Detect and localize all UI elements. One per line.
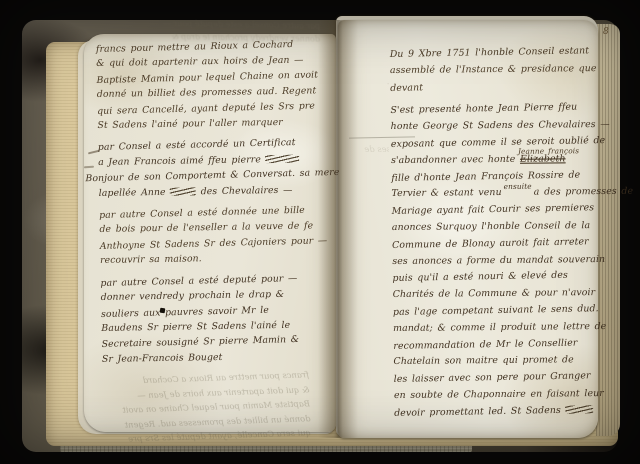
manuscript-text: mandat; & comme il produit une lettre de	[393, 321, 606, 334]
manuscript-text: recouvrir sa maison.	[100, 254, 202, 267]
manuscript-text: fille d'honte Jean François Rossire de	[391, 169, 580, 183]
manuscript-line: lapellée Anne des Chevalaires —	[99, 182, 335, 201]
manuscript-text: pas l'age competant suivant le sens dud.	[393, 303, 599, 318]
manuscript-text: Du 9 Xbre 1751 l'honble Conseil estant	[390, 45, 590, 60]
manuscript-line: devoir promettant led. St Sadens	[394, 402, 606, 423]
manuscript-text: par Consel a esté accordé un Certificat	[98, 137, 296, 153]
manuscript-text: Baudens Sr pierre St Sadens l'ainé le	[101, 320, 290, 334]
manuscript-line: St Sadens l'ainé pour l'aller marquer	[97, 114, 333, 133]
manuscript-text: assemblé de l'Instance & presidance que	[390, 63, 597, 76]
ink-scribble	[170, 187, 196, 195]
manuscript-line: recouvrir sa maison.	[100, 249, 336, 268]
manuscript-text: lapellée Anne	[99, 186, 171, 198]
manuscript-text: S'est presenté honte Jean Pierre ffeu	[390, 102, 577, 116]
manuscript-text: Mariage ayant fait Courir ses premieres	[392, 202, 595, 217]
interline-note: Jeanne françois	[518, 143, 579, 160]
manuscript-text: Commune de Blonay auroit fait arreter	[392, 236, 589, 251]
manuscript-text: ensuite	[504, 182, 532, 191]
page-number: 8	[603, 27, 609, 37]
right-page-text: Du 9 Xbre 1751 l'honble Conseil estantas…	[390, 44, 607, 428]
manuscript-text: donner vendredy prochain le drap &	[101, 289, 284, 303]
manuscript-text: les laisser avec son pere pour Granger	[394, 370, 591, 385]
ink-scribble	[565, 405, 593, 414]
manuscript-text: s'abandonner avec honte	[391, 154, 520, 166]
manuscript-paragraph: par Consel a esté accordé un Certificata…	[98, 135, 335, 201]
manuscript-text: devant	[390, 82, 423, 94]
manuscript-paragraph: S'est presenté honte Jean Pierre ffeuhon…	[390, 100, 606, 422]
manuscript-paragraph: par autre Consel a esté donnée une bille…	[99, 203, 336, 269]
manuscript-paragraph: francs pour mettre au Rioux a Cochard& q…	[96, 37, 334, 134]
manuscript-text: Tervier & estant venu	[391, 187, 501, 199]
manuscript-text: Secretaire sousigné Sr pierre Mamin &	[102, 334, 300, 350]
manuscript-text: St Sadens l'ainé pour l'aller marquer	[97, 117, 283, 131]
manuscript-text: Chatelain son maitre qui promet de	[393, 355, 573, 368]
ink-blot	[160, 308, 166, 314]
manuscript-text: Sr Jean-Francois Bouget	[102, 352, 223, 365]
manuscript-text: anonces Surquoy l'honble Conseil de la	[392, 220, 590, 233]
manuscript-line: Sr Jean-Francois Bouget	[102, 348, 338, 367]
manuscript-paragraph: Du 9 Xbre 1751 l'honble Conseil estantas…	[390, 44, 603, 97]
manuscript-line: devant	[390, 77, 602, 98]
manuscript-photo: par autre Consel a esté deputé pour —don…	[0, 0, 640, 464]
manuscript-text: a des promesses de	[534, 186, 633, 198]
manuscript-text: Charités de la Commune & pour n'avoir	[393, 287, 596, 300]
manuscript-text: donné un billiet des promesses aud. Rege…	[97, 86, 317, 101]
ink-scribble	[265, 154, 299, 163]
manuscript-text: a Jean Francois aimé ffeu pierre	[98, 154, 265, 168]
manuscript-text: en soubte de Chaponnaire en faisant leur	[394, 388, 604, 401]
correction: Jeanne françoisElizabeth	[520, 151, 566, 168]
manuscript-text: de bois pour de l'enseller a la veuve de…	[99, 221, 313, 236]
manuscript-text: recommandation de Mr le Consellier	[393, 337, 577, 351]
manuscript-text: & qui doit apartenir aux hoirs de Jean —	[96, 55, 303, 69]
manuscript-text: honte George St Sadens des Chevalaires —	[391, 119, 610, 132]
manuscript-text: ses anonces a forme du mandat souverain	[392, 254, 605, 267]
manuscript-text: des Chevalaires —	[196, 184, 292, 197]
manuscript-text: souliers aux pauvres savoir Mr le	[101, 304, 269, 319]
manuscript-text: puis qu'il a esté nouri & elevé des	[392, 270, 568, 284]
manuscript-paragraph: par autre Consel a esté deputé pour —don…	[100, 270, 338, 367]
manuscript-text: devoir promettant led. St Sadens	[394, 405, 565, 419]
left-page-text: francs pour mettre au Rioux a Cochard& q…	[96, 37, 338, 374]
